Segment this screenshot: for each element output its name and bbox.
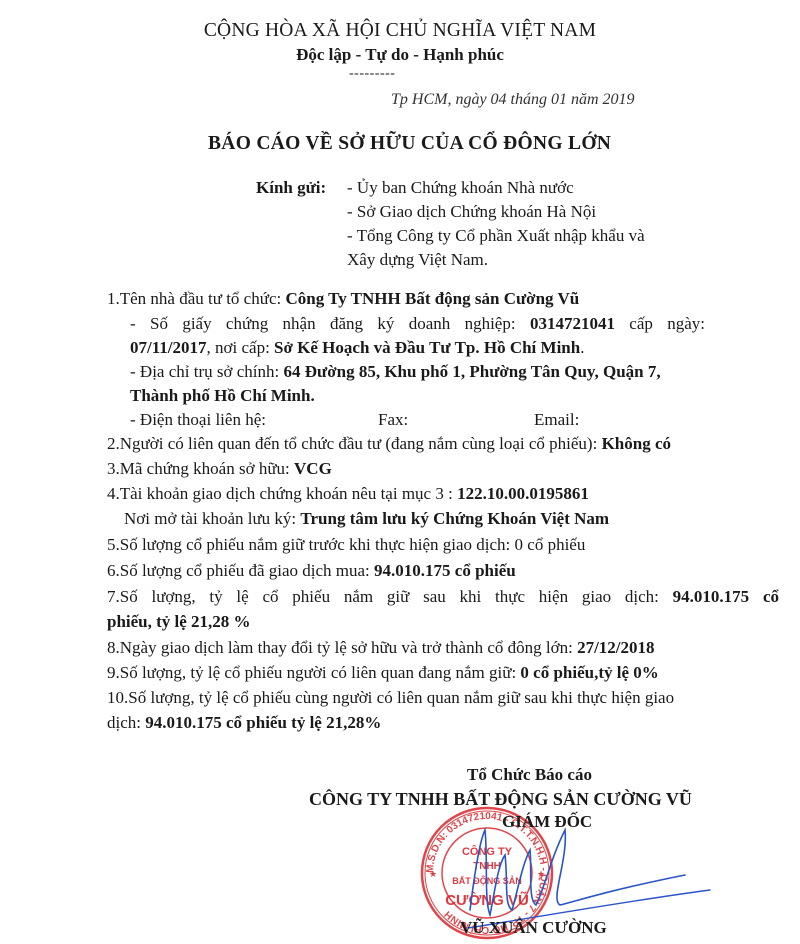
reporting-org-label: Tổ Chức Báo cáo bbox=[467, 765, 592, 785]
section-1-fax-label: Fax: bbox=[378, 410, 408, 430]
recipient-item: - Ủy ban Chứng khoán Nhà nước bbox=[347, 178, 574, 198]
section-1-address: - Địa chỉ trụ sở chính: 64 Đường 85, Khu… bbox=[130, 362, 661, 382]
section-1-registration: - Số giấy chứng nhận đăng ký doanh nghiệ… bbox=[130, 314, 705, 334]
svg-text:★: ★ bbox=[429, 869, 437, 879]
section-1-email-label: Email: bbox=[534, 410, 579, 430]
section-1-address-cont: Thành phố Hồ Chí Minh. bbox=[130, 386, 315, 406]
section-9-related-holding: 9.Số lượng, tỷ lệ cổ phiếu người có liên… bbox=[107, 663, 659, 683]
section-1-phone-label: - Điện thoại liên hệ: bbox=[130, 410, 266, 430]
national-motto: Độc lập - Tự do - Hạnh phúc bbox=[0, 45, 800, 65]
section-7-after-cont: phiếu, tỷ lệ 21,28 % bbox=[107, 612, 251, 632]
recipients-label: Kính gửi: bbox=[256, 178, 326, 198]
section-3-ticker: 3.Mã chứng khoán sở hữu: VCG bbox=[107, 459, 332, 479]
signer-name: VŨ XUÂN CƯỜNG bbox=[460, 918, 607, 938]
recipient-item: - Sở Giao dịch Chứng khoán Hà Nội bbox=[347, 202, 596, 222]
section-10-combined-cont: dịch: 94.010.175 cổ phiếu tỷ lệ 21,28% bbox=[107, 713, 381, 733]
nation-heading: CỘNG HÒA XÃ HỘI CHỦ NGHĨA VIỆT NAM bbox=[0, 20, 800, 42]
section-5-before: 5.Số lượng cổ phiếu nắm giữ trước khi th… bbox=[107, 535, 585, 555]
place-and-date: Tp HCM, ngày 04 tháng 01 năm 2019 bbox=[391, 91, 635, 109]
section-7-after: 7.Số lượng, tỷ lệ cổ phiếu nắm giữ sau k… bbox=[107, 587, 779, 607]
document-title: BÁO CÁO VỀ SỞ HỮU CỦA CỔ ĐÔNG LỚN bbox=[208, 133, 611, 155]
section-10-combined: 10.Số lượng, tỷ lệ cổ phiếu cùng người c… bbox=[107, 688, 674, 708]
section-6-bought: 6.Số lượng cổ phiếu đã giao dịch mua: 94… bbox=[107, 561, 516, 581]
section-1-registration-date: 07/11/2017, nơi cấp: Sở Kế Hoạch và Đầu … bbox=[130, 338, 584, 358]
section-4-custody: Nơi mở tài khoản lưu ký: Trung tâm lưu k… bbox=[124, 509, 609, 529]
separator-line: --------- bbox=[349, 66, 395, 82]
section-1-investor-name: 1.Tên nhà đầu tư tổ chức: Công Ty TNHH B… bbox=[107, 289, 579, 309]
section-2-related-persons: 2.Người có liên quan đến tổ chức đầu tư … bbox=[107, 434, 671, 454]
recipient-item: - Tổng Công ty Cổ phần Xuất nhập khẩu và bbox=[347, 226, 645, 246]
section-8-date: 8.Ngày giao dịch làm thay đổi tỷ lệ sở h… bbox=[107, 638, 655, 658]
section-4-account: 4.Tài khoản giao dịch chứng khoán nêu tạ… bbox=[107, 484, 589, 504]
recipient-item: Xây dựng Việt Nam. bbox=[347, 250, 488, 270]
